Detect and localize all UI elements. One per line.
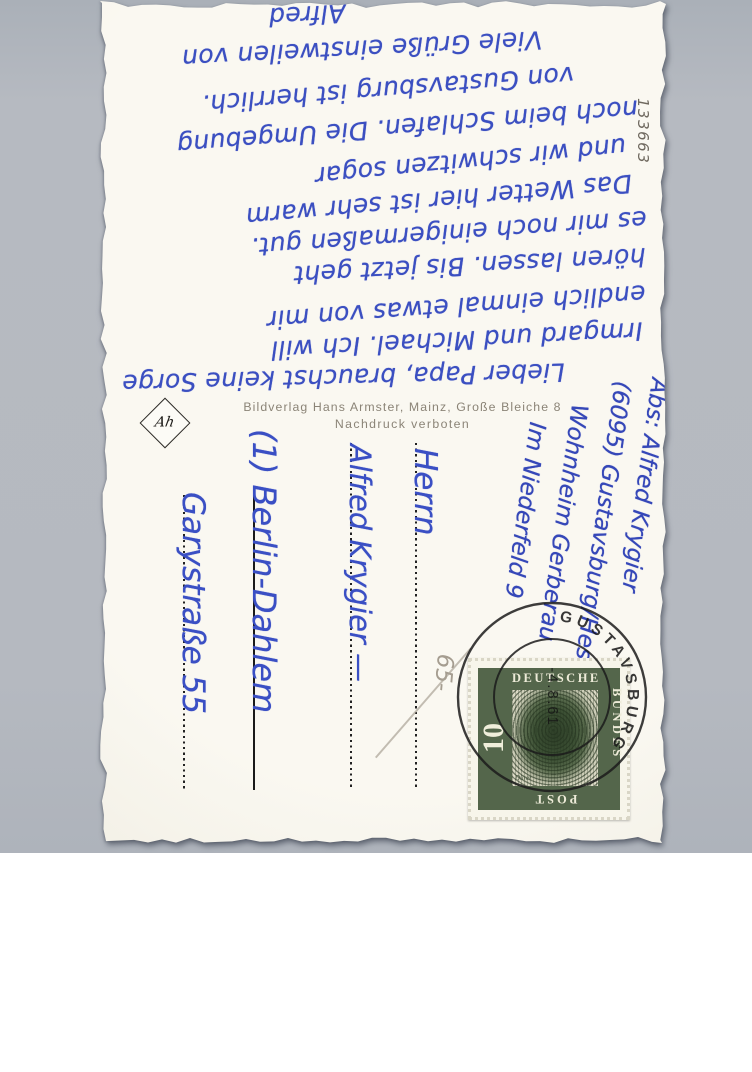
recipient-title: Herrn [408,448,442,536]
postcard-wrapper: Lieber Papa, brauchst keine Sorge Irmgar… [100,0,666,843]
publisher-monogram: Ah [154,415,176,431]
handwritten-reference-number: 133663 [633,98,653,164]
publisher-line: Bildverlag Hans Armster, Mainz, Große Bl… [230,400,575,415]
scanned-postcard-page: Lieber Papa, brauchst keine Sorge Irmgar… [0,0,752,1072]
postmark-town: GUSTAVSBURG [558,608,641,756]
recipient-street: Garystraße 55 [175,492,211,714]
svg-text:GUSTAVSBURG: GUSTAVSBURG [558,608,641,756]
postmark-date: -4.8.61 [544,667,560,726]
postmark-cancel: GUSTAVSBURG -4.8.61 [452,597,652,797]
handwritten-message: Lieber Papa, brauchst keine Sorge Irmgar… [98,0,661,414]
recipient-city: (1) Berlin-Dahlem [245,429,282,713]
recipient-name: Alfred Krygier — [343,444,376,682]
postcard: Lieber Papa, brauchst keine Sorge Irmgar… [100,0,666,843]
